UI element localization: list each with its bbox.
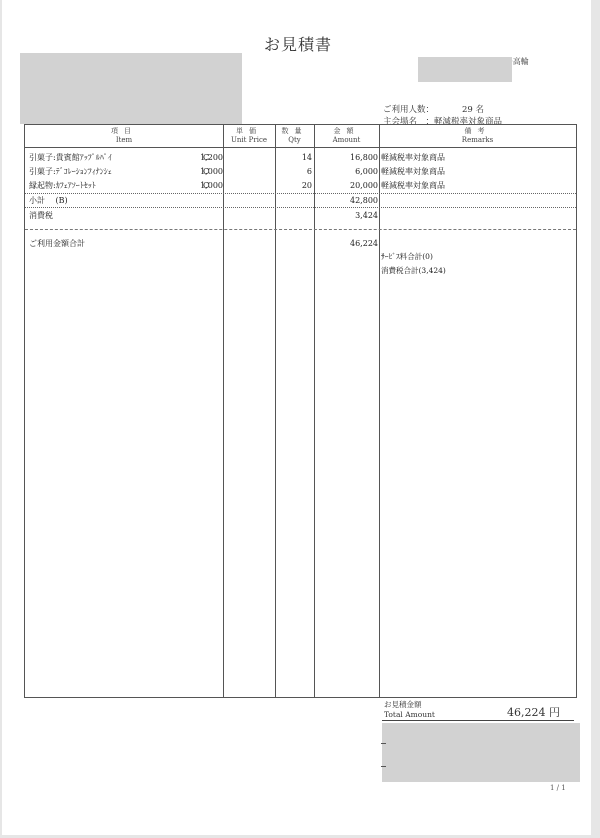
total-amount-value: 46,224 円 bbox=[507, 704, 560, 720]
row-divider bbox=[25, 193, 576, 194]
item-name: 引菓子:ﾃﾞｺﾚｰｼｮﾝﾌｨﾅﾝｼｪ bbox=[29, 167, 112, 177]
header-item: 項目 Item bbox=[25, 127, 223, 145]
estimate-table: 項目 Item 単価 Unit Price 数量 Qty 金額 Amount 備… bbox=[24, 124, 577, 698]
guest-count-value: 29 名 bbox=[462, 105, 484, 115]
total-amount-label: お見積金額 Total Amount bbox=[384, 700, 435, 720]
subtotal-label: 小計 (B) bbox=[29, 196, 68, 206]
header-remarks: 備考 Remarks bbox=[379, 127, 576, 145]
estimate-page: お見積書 グランドプリンスホテル高輪 ご利用人数：29 名 主会場名 ：軽減税率… bbox=[2, 0, 591, 835]
service-charge-note: ｻｰﾋﾞｽ料合計(0) bbox=[381, 252, 433, 262]
tax-amount: 3,424 bbox=[355, 211, 378, 221]
redacted-signature-block bbox=[382, 723, 580, 782]
amount: 6,000 bbox=[355, 167, 378, 177]
unit-price: 1,000 bbox=[200, 181, 223, 191]
col-divider bbox=[379, 125, 380, 697]
header-divider bbox=[25, 147, 576, 148]
col-divider bbox=[223, 125, 224, 697]
total-amount-label-jp: お見積金額 bbox=[384, 700, 435, 710]
margin-tick bbox=[381, 743, 386, 744]
qty: 20 bbox=[302, 181, 312, 191]
redacted-customer-block bbox=[20, 53, 242, 124]
grand-total-label: ご利用金額合計 bbox=[29, 239, 85, 249]
redacted-hotel-info bbox=[418, 57, 512, 82]
total-amount-label-en: Total Amount bbox=[384, 710, 435, 720]
remarks: 軽減税率対象商品 bbox=[381, 167, 445, 177]
tax-label: 消費税 bbox=[29, 211, 53, 221]
item-name: 引菓子:貴賓館ｱｯﾌﾟﾙﾊﾟｲ bbox=[29, 153, 112, 163]
qty: 6 bbox=[307, 167, 312, 177]
grand-total-amount: 46,224 bbox=[350, 239, 378, 249]
guest-count: ご利用人数：29 名 bbox=[383, 103, 484, 115]
item-name: 縁起物:ｶﾌｪｱｿｰﾄｾｯﾄ bbox=[29, 181, 96, 191]
row-divider bbox=[25, 207, 576, 208]
total-underline bbox=[382, 720, 574, 721]
row-divider bbox=[25, 229, 576, 230]
subtotal-amount: 42,800 bbox=[350, 196, 378, 206]
remarks: 軽減税率対象商品 bbox=[381, 181, 445, 191]
header-qty: 数量 Qty bbox=[275, 127, 314, 145]
margin-tick bbox=[381, 766, 386, 767]
guest-count-label: ご利用人数： bbox=[383, 105, 434, 115]
qty: 14 bbox=[302, 153, 312, 163]
col-divider bbox=[314, 125, 315, 697]
col-divider bbox=[275, 125, 276, 697]
unit-price: 1,000 bbox=[200, 167, 223, 177]
header-amount: 金額 Amount bbox=[314, 127, 379, 145]
amount: 16,800 bbox=[350, 153, 378, 163]
remarks: 軽減税率対象商品 bbox=[381, 153, 445, 163]
page-number: 1 / 1 bbox=[550, 784, 566, 792]
tax-total-note: 消費税合計(3,424) bbox=[381, 266, 446, 276]
header-unit-price: 単価 Unit Price bbox=[223, 127, 275, 145]
unit-price: 1,200 bbox=[200, 153, 223, 163]
amount: 20,000 bbox=[350, 181, 378, 191]
document-title: お見積書 bbox=[264, 32, 332, 55]
